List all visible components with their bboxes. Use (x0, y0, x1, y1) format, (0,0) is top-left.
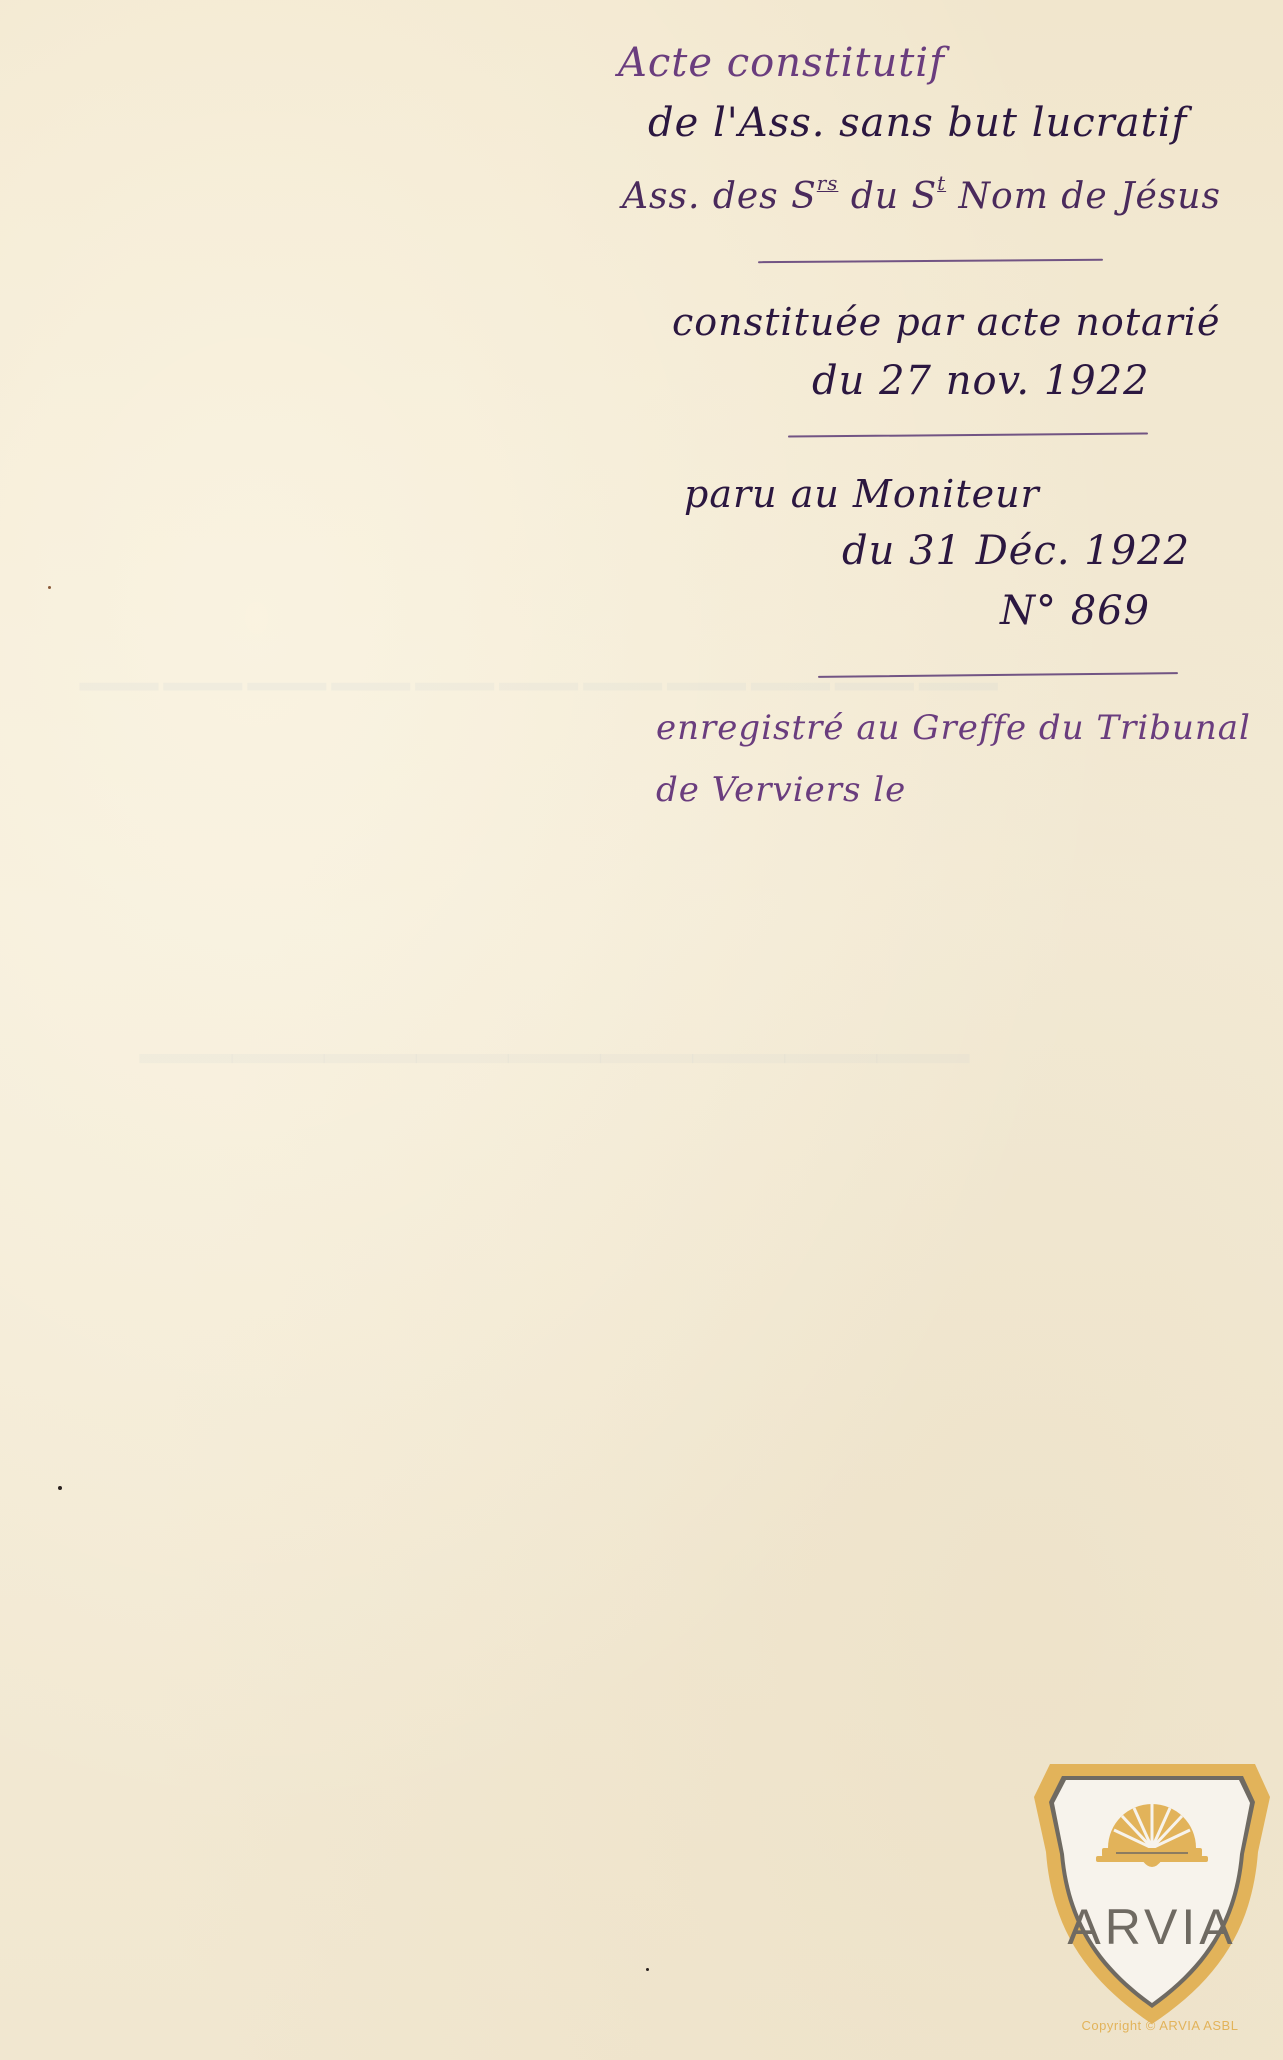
paper-speck (646, 1968, 649, 1971)
abbrev-superscript-srs: rs (817, 172, 839, 195)
registry-line-1: enregistré au Greffe du Tribunal (656, 708, 1251, 748)
paper-speck (58, 1486, 62, 1490)
abbrev-superscript-st: t (937, 172, 946, 195)
assoc-prefix: Ass. des S (622, 176, 817, 217)
paper-speck (48, 586, 51, 589)
assoc-name: Nom de Jésus (946, 176, 1221, 217)
title-line-1: Acte constitutif (618, 40, 945, 86)
bleed-through-text: ───────── (140, 980, 969, 1130)
document-page: ─────────── ───────── Acte constitutif d… (0, 0, 1283, 2060)
registry-line-2: de Verviers le (656, 770, 906, 810)
arvia-logo: ARVIA (1030, 1752, 1275, 2032)
bleed-through-text (120, 240, 143, 343)
divider-line-2 (788, 432, 1148, 437)
title-line-3: Ass. des Srs du St Nom de Jésus (622, 172, 1221, 217)
divider-line-3 (818, 672, 1178, 678)
arvia-wordmark: ARVIA (1067, 1899, 1236, 1955)
assoc-du: du S (838, 176, 937, 217)
title-line-2: de l'Ass. sans but lucratif (648, 100, 1187, 146)
copyright-notice: Copyright © ARVIA ASBL (1050, 2018, 1270, 2033)
notarial-act-date: du 27 nov. 1922 (812, 358, 1150, 404)
moniteur-number: N° 869 (1000, 588, 1150, 634)
moniteur-date: du 31 Déc. 1922 (842, 528, 1190, 574)
divider-line-1 (758, 259, 1103, 263)
notarial-act-line-1: constituée par acte notarié (672, 300, 1220, 344)
moniteur-line-1: paru au Moniteur (684, 472, 1040, 516)
